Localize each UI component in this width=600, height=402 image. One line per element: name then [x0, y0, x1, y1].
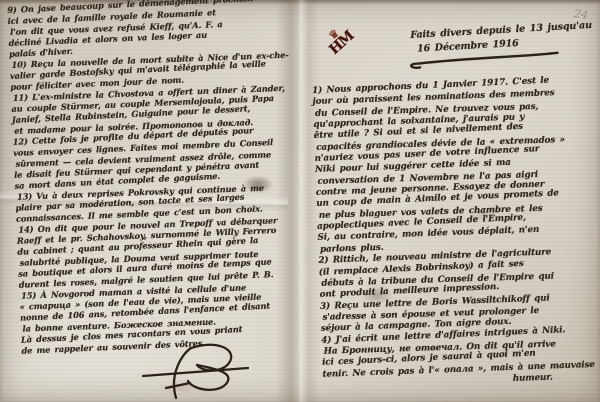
- letter-page-right: ♛ НМ 24 Faits divers depuis le 13 jusqu'…: [292, 0, 600, 402]
- letter-photograph: 9) On jase beaucoup sur le déménagement …: [0, 0, 600, 402]
- handwriting-line: humeur.: [513, 370, 600, 385]
- right-page-handwriting: 1) Nous approchons du 1 Janvier 1917. C'…: [312, 75, 600, 392]
- signature-flourish-icon: [136, 342, 256, 400]
- letter-header: Faits divers depuis le 13 jusqu'au 16 Dé…: [410, 20, 594, 71]
- letter-page-left: 9) On jase beaucoup sur le déménagement …: [0, 0, 292, 402]
- imperial-monogram: ♛ НМ: [313, 15, 381, 83]
- left-page-handwriting: 9) On jase beaucoup sur le déménagement …: [7, 0, 321, 357]
